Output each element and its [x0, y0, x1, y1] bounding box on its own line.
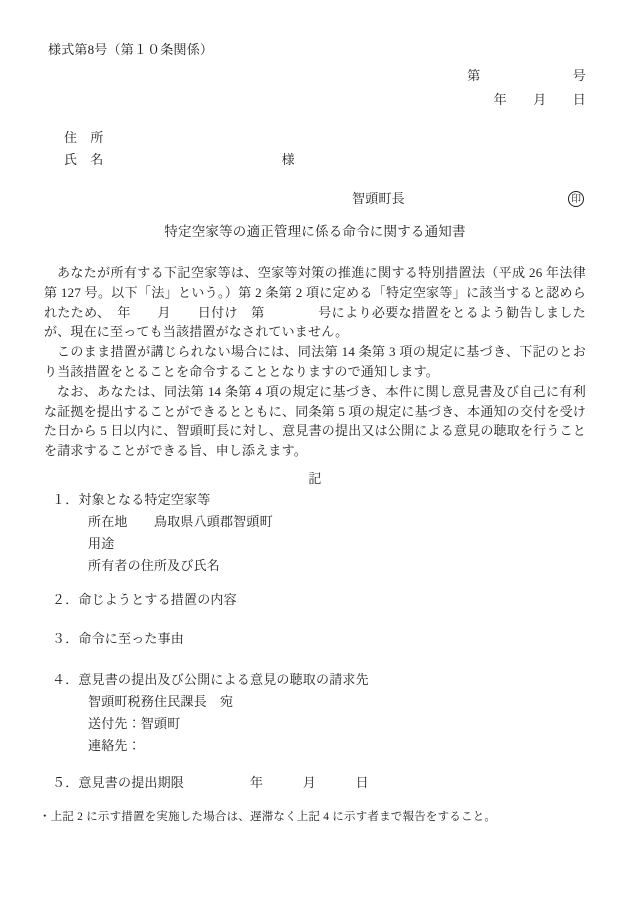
sender-line: 智頭町長 印 — [44, 188, 586, 210]
record-item-5: ５．意見書の提出期限 年 月 日 — [52, 772, 586, 794]
record-item-1-label: １．対象となる特定空家等 — [52, 489, 586, 511]
seal-stamp-icon: 印 — [568, 191, 584, 207]
record-subline-send-to: 送付先：智頭町 — [88, 713, 586, 735]
name-line: 氏 名様 — [64, 149, 586, 171]
document-number-line: 第 号 — [44, 64, 586, 88]
name-label: 氏 名 — [64, 152, 104, 167]
body-text: あなたが所有する下記空家等は、空家等対策の推進に関する特別措置法（平成 26 年… — [44, 263, 586, 461]
document-date-line: 年 月 日 — [44, 88, 586, 112]
address-label: 住 所 — [64, 127, 586, 149]
record-subline-addressee: 智頭町税務住民課長 宛 — [88, 691, 586, 713]
form-number: 様式第8号（第１０条関係） — [48, 40, 586, 60]
record-item-4-label: ４．意見書の提出及び公開による意見の聴取の請求先 — [52, 669, 586, 691]
record-item-3: ３．命令に至った事由 — [52, 628, 586, 650]
document-title: 特定空家等の適正管理に係る命令に関する通知書 — [44, 221, 586, 243]
record-subline-use: 用途 — [88, 533, 586, 555]
record-item-2-label: ２．命じようとする措置の内容 — [52, 589, 586, 611]
notice-document-page: 様式第8号（第１０条関係） 第 号 年 月 日 住 所 氏 名様 智頭町長 印 … — [0, 0, 630, 903]
body-paragraph-1: あなたが所有する下記空家等は、空家等対策の推進に関する特別措置法（平成 26 年… — [44, 263, 586, 342]
honorific-sama: 様 — [282, 152, 295, 167]
record-item-5-label: ５．意見書の提出期限 年 月 日 — [52, 772, 586, 794]
body-paragraph-3: なお、あなたは、同法第 14 条第 4 項の規定に基づき、本件に関し意見書及び自… — [44, 382, 586, 461]
record-subline-location: 所在地 鳥取県八頭郡智頭町 — [88, 511, 586, 533]
record-item-1: １．対象となる特定空家等 所在地 鳥取県八頭郡智頭町 用途 所有者の住所及び氏名 — [52, 489, 586, 577]
record-item-2: ２．命じようとする措置の内容 — [52, 589, 586, 611]
body-paragraph-2: このまま措置が講じられない場合には、同法第 14 条第 3 項の規定に基づき、下… — [44, 342, 586, 382]
record-marker: 記 — [44, 468, 586, 490]
record-item-4: ４．意見書の提出及び公開による意見の聴取の請求先 智頭町税務住民課長 宛 送付先… — [52, 669, 586, 757]
footnote-bullet: ・上記 2 に示す措置を実施した場合は、遅滞なく上記 4 に示す者まで報告をする… — [39, 808, 586, 826]
record-subline-contact: 連絡先： — [88, 735, 586, 757]
record-subline-owner: 所有者の住所及び氏名 — [88, 555, 586, 577]
addressee-block: 住 所 氏 名様 — [64, 127, 586, 171]
mayor-title: 智頭町長 — [352, 188, 405, 210]
record-item-3-label: ３．命令に至った事由 — [52, 628, 586, 650]
